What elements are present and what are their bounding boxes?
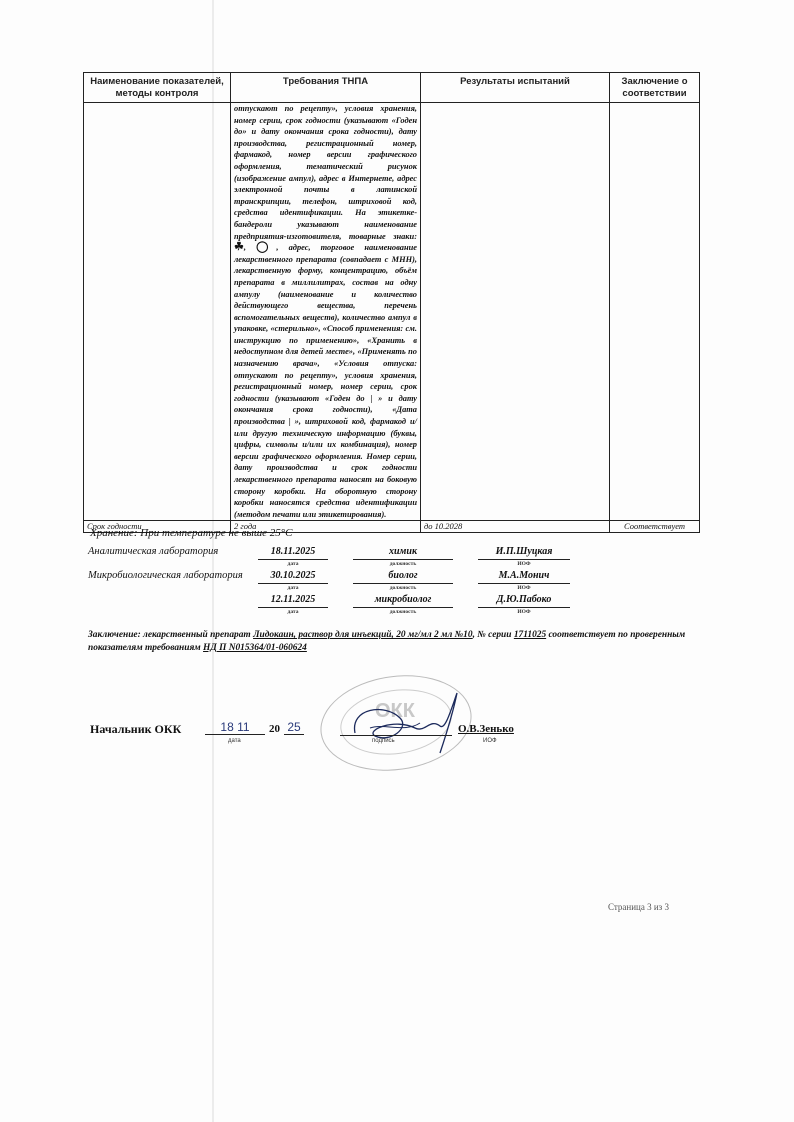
head-year-prefix: 20 — [269, 723, 280, 735]
date-field: 18.11.2025 — [258, 546, 328, 560]
header-conformity: Заключение о соответствии — [610, 73, 700, 103]
product-name: Лидокаин, раствор для инъекций, 20 мг/мл… — [253, 630, 473, 640]
standard-reference: НД П N015364/01-060624 — [203, 643, 307, 653]
name-caption: ИОФ — [478, 561, 570, 567]
head-name-caption: ИОФ — [483, 738, 497, 744]
head-date-caption: дата — [228, 738, 241, 744]
handwritten-signature — [345, 688, 475, 758]
date-caption: дата — [258, 561, 328, 567]
cell-indicator — [84, 103, 231, 521]
head-date-field: 18 11 — [205, 720, 265, 735]
header-tnpa-requirements: Требования ТНПА — [231, 73, 421, 103]
date-caption: дата — [258, 585, 328, 591]
position-field: химик — [353, 546, 453, 560]
series-number: 1711025 — [514, 630, 546, 640]
position-caption: должность — [353, 585, 453, 591]
position-caption: должность — [353, 561, 453, 567]
series-label: , № серии — [473, 630, 514, 640]
storage-conditions: Хранение: При температуре не выше 25°С — [90, 527, 293, 539]
signature-row-microbiology: Микробиологическая лаборатория 30.10.202… — [88, 570, 588, 596]
name-field: Д.Ю.Пабоко — [478, 594, 570, 608]
requirements-text-part2: , адрес, торговое наименование лекарстве… — [234, 243, 417, 519]
position-field: микробиолог — [353, 594, 453, 608]
name-caption: ИОФ — [478, 609, 570, 615]
header-indicator-name: Наименование показателей, методы контрол… — [84, 73, 231, 103]
table-header-row: Наименование показателей, методы контрол… — [84, 73, 700, 103]
signature-row-microbiology-2: 12.11.2025 дата микробиолог должность Д.… — [88, 594, 588, 620]
lab-name: Микробиологическая лаборатория — [88, 570, 243, 581]
test-results-table: Наименование показателей, методы контрол… — [83, 72, 700, 533]
name-field: М.А.Монич — [478, 570, 570, 584]
date-field: 30.10.2025 — [258, 570, 328, 584]
head-signature-caption: подпись — [372, 738, 395, 744]
position-caption: должность — [353, 609, 453, 615]
cell-conformity — [610, 103, 700, 521]
position-field: биолог — [353, 570, 453, 584]
cell-requirements: отпускают по рецепту», условия хранения,… — [231, 103, 421, 521]
header-test-results: Результаты испытаний — [421, 73, 610, 103]
signature-row-analytical: Аналитическая лаборатория 18.11.2025 дат… — [88, 546, 588, 572]
date-field: 12.11.2025 — [258, 594, 328, 608]
page-number: Страница 3 из 3 — [608, 902, 669, 912]
head-year-suffix: 25 — [284, 720, 304, 735]
table-row: отпускают по рецепту», условия хранения,… — [84, 103, 700, 521]
name-caption: ИОФ — [478, 585, 570, 591]
cell-conformity: Соответствует — [610, 521, 700, 533]
cell-result — [421, 103, 610, 521]
name-field: И.П.Шуцкая — [478, 546, 570, 560]
head-title: Начальник ОКК — [90, 722, 181, 737]
head-signature-line — [340, 735, 452, 736]
trademark-logo-icon: ☘ — [234, 241, 244, 253]
head-name: О.В.Зенько — [458, 723, 514, 735]
conclusion-prefix: Заключение: лекарственный препарат — [88, 630, 253, 640]
requirements-text-part1: отпускают по рецепту», условия хранения,… — [234, 104, 417, 241]
conclusion-statement: Заключение: лекарственный препарат Лидок… — [88, 629, 693, 655]
lab-name: Аналитическая лаборатория — [88, 546, 218, 557]
cell-result: до 10.2028 — [421, 521, 610, 533]
date-caption: дата — [258, 609, 328, 615]
trademark-mark-icon: ◯ — [256, 241, 276, 253]
